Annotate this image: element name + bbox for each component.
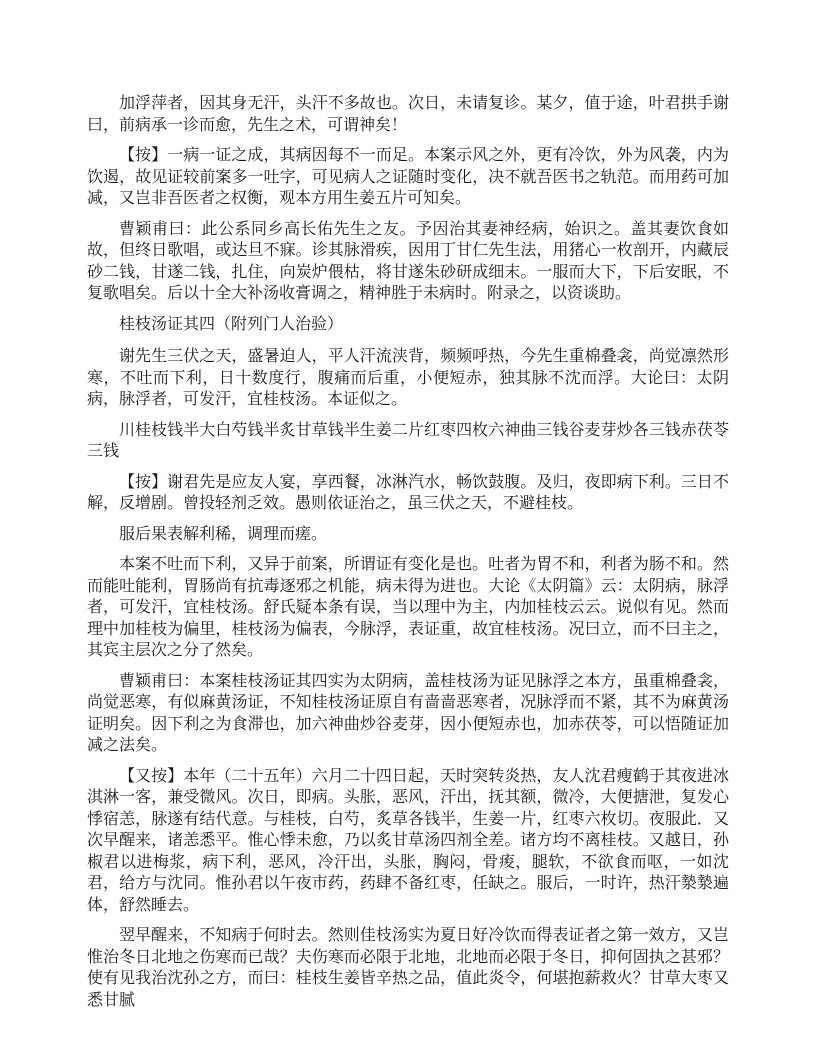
paragraph-case-description: 谢先生三伏之天，盛暑迫人，平人汗流浃背，频频呼热，今先生重棉叠衾，尚觉凛然形寒，… [87, 346, 729, 411]
prescription-line: 川桂枝钱半大白芍钱半炙甘草钱半生姜二片红枣四枚六神曲三钱谷麦芽炒各三钱赤茯苓三钱 [87, 420, 729, 463]
paragraph-caoyingfu-remark: 曹颖甫曰：本案桂枝汤证其四实为太阴病，盖桂枝汤为证见脉浮之本方，虽重棉叠衾，尚觉… [87, 671, 729, 757]
paragraph-commentary-note: 【按】一病一证之成，其病因每不一而足。本案示风之外，更有冷饮，外为风袭，内为饮遏… [87, 145, 729, 210]
section-heading: 桂枝汤证其四（附列门人治验） [87, 314, 729, 336]
paragraph-analysis: 本案不吐而下利，又异于前案，所谓证有变化是也。吐者为胃不和，利者为肠不和。然而能… [87, 554, 729, 662]
paragraph-closing-discussion: 翌早醒来，不知病于何时去。然则佳枝汤实为夏日好冷饮而得表证者之第一效方，又岂惟治… [87, 925, 729, 1011]
paragraph-caoyingfu-remark: 曹颖甫曰：此公系同乡高长佑先生之友。予因治其妻神经病，始识之。盖其妻饮食如故，但… [87, 219, 729, 305]
document-text-block: 加浮萍者，因其身无汗，头汗不多故也。次日，未请复诊。某夕，值于途，叶君拱手谢曰，… [87, 93, 729, 1011]
paragraph-additional-note: 【又按】本年（二十五年）六月二十四日起，天时突转炎热，友人沈君瘦鹤于其夜进冰淇淋… [87, 766, 729, 917]
paragraph-outcome: 服后果表解利稀，调理而瘥。 [87, 524, 729, 546]
paragraph-commentary-note: 【按】谢君先是应友人宴，享西餐，冰淋汽水，畅饮鼓腹。及归，夜即病下利。三日不解，… [87, 472, 729, 515]
document-page: 加浮萍者，因其身无汗，头汗不多故也。次日，未请复诊。某夕，值于途，叶君拱手谢曰，… [0, 0, 816, 1056]
paragraph-case-conclusion: 加浮萍者，因其身无汗，头汗不多故也。次日，未请复诊。某夕，值于途，叶君拱手谢曰，… [87, 93, 729, 136]
